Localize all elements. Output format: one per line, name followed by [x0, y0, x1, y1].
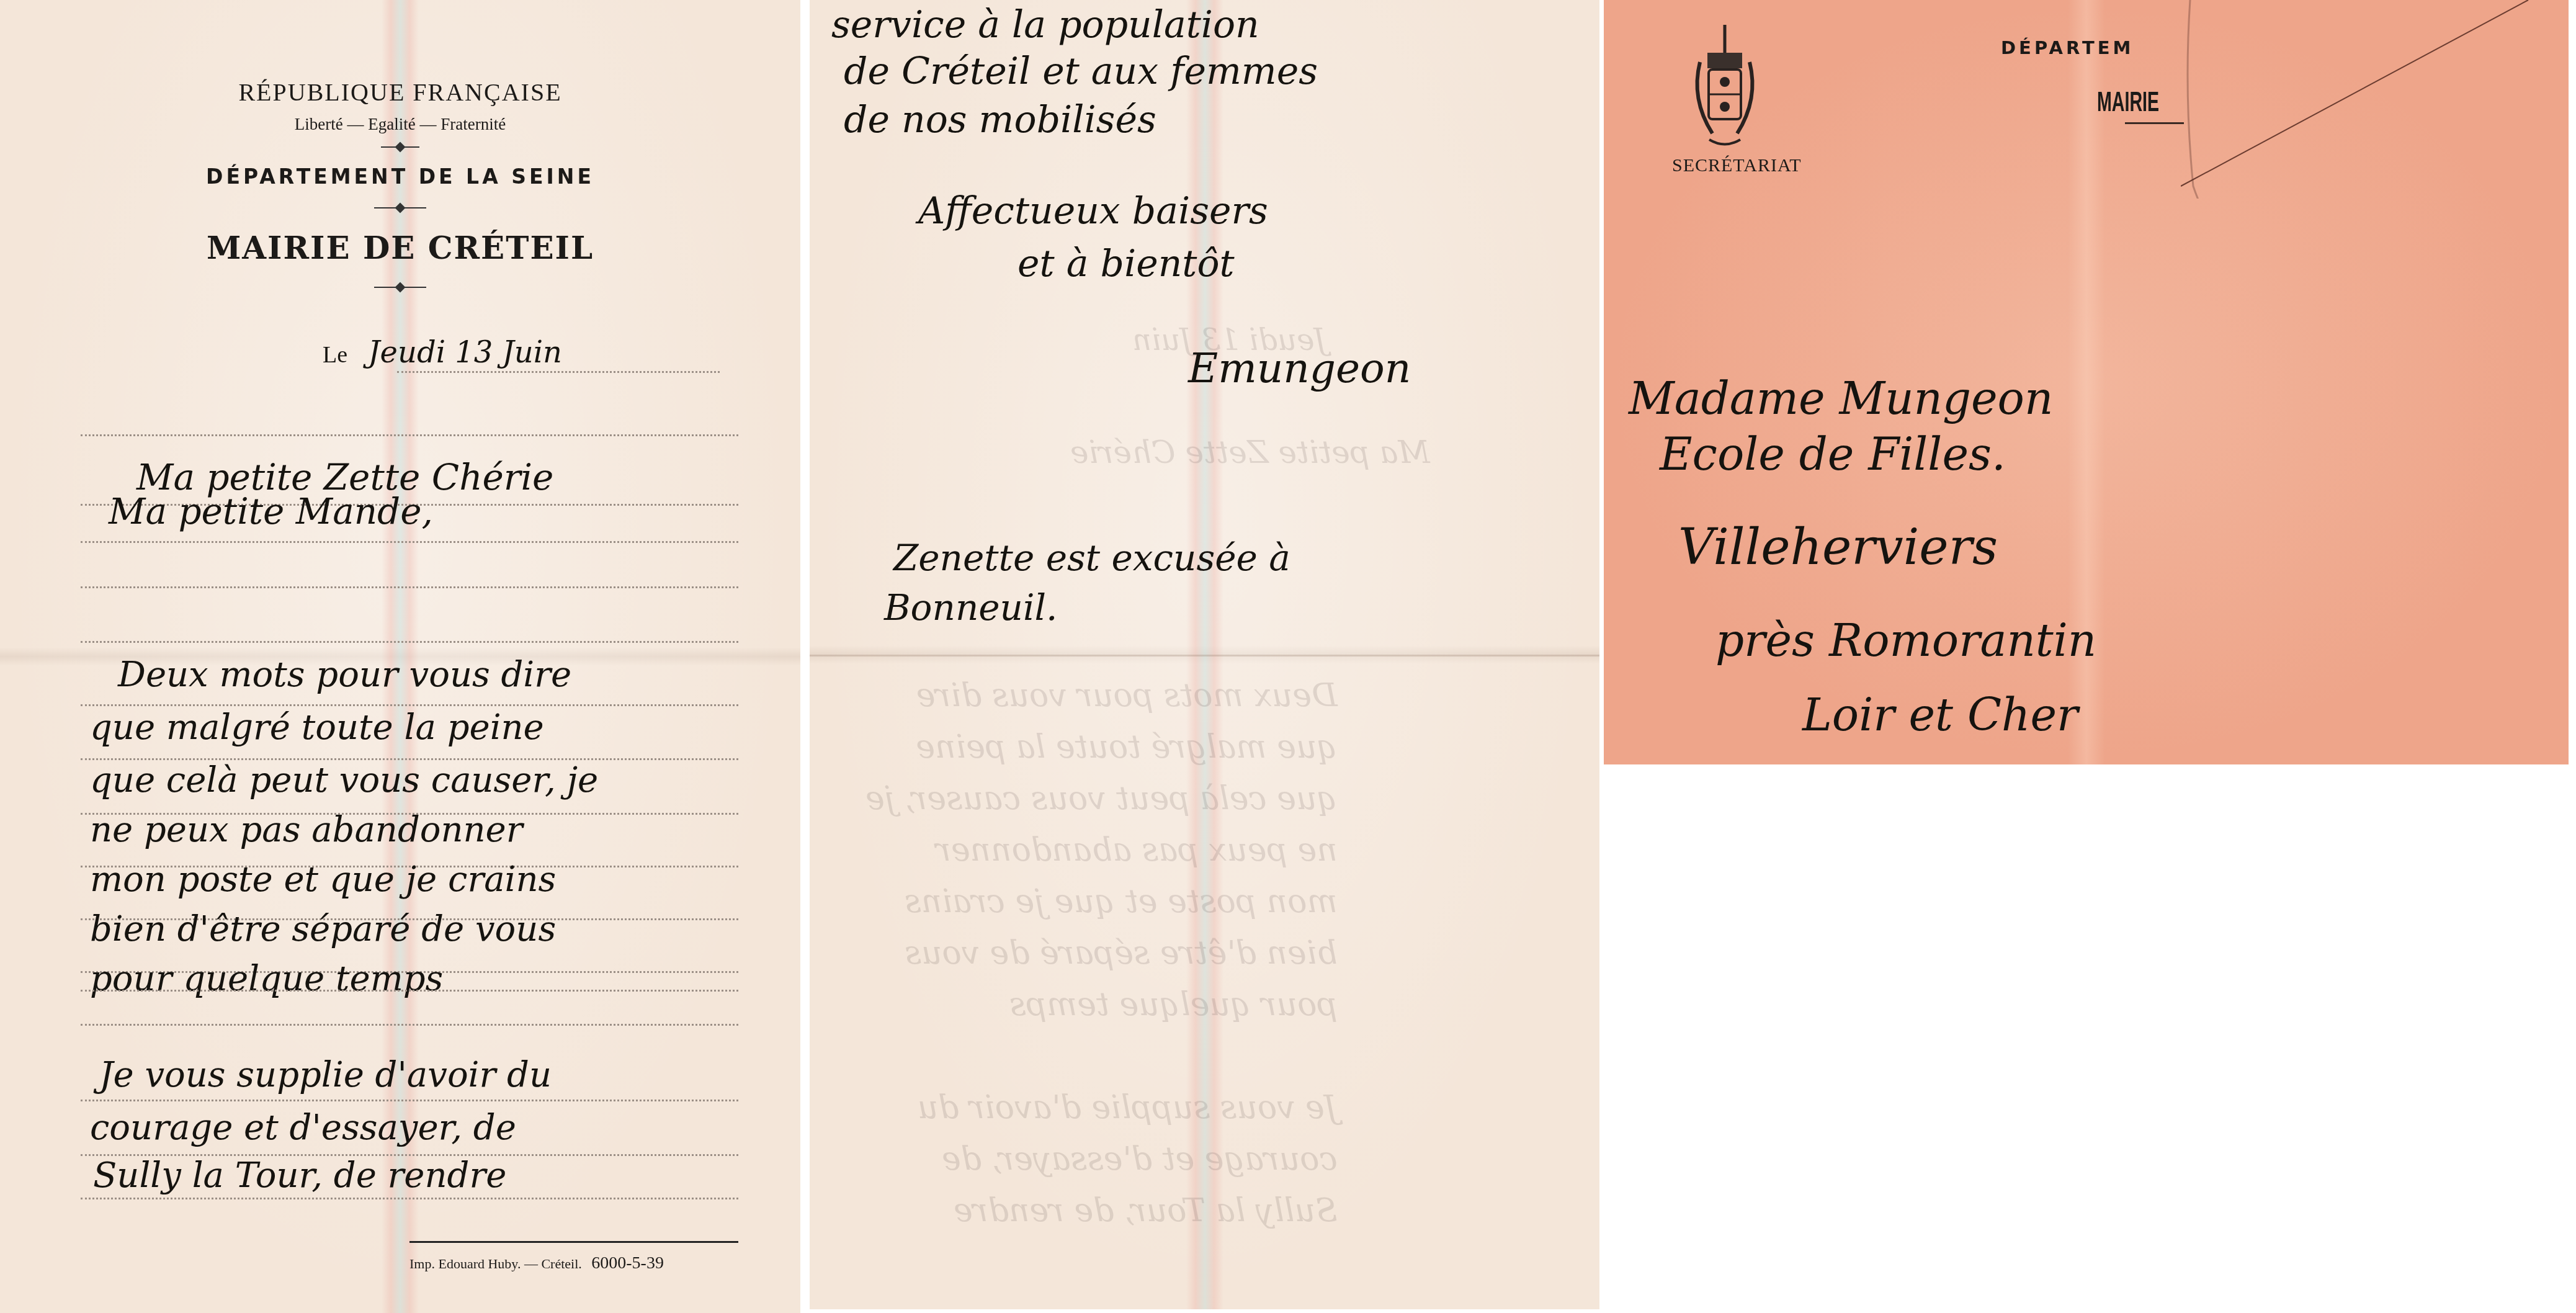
address-line: Loir et Cher [1802, 689, 2078, 741]
address-line: Madame Mungeon [1629, 372, 2053, 424]
letter-page-back: service à la population de Créteil et au… [810, 0, 1599, 1309]
body-line: Je vous supplie d'avoir du [99, 1055, 552, 1095]
closing-line-1: Affectueux baisers [918, 189, 1268, 233]
fold-line [810, 655, 1599, 656]
body-line: bien d'être séparé de vous [90, 909, 556, 949]
ruled-line [81, 641, 738, 643]
body-line: ne peux pas abandonner [90, 810, 523, 850]
address-line: près Romorantin [1715, 614, 2096, 666]
body-line: que celà peut vous causer, je [90, 760, 598, 800]
body-line: de nos mobilisés [844, 98, 1156, 141]
show-through-text: Deux mots pour vous dire que malgré tout… [865, 670, 1338, 1237]
date-line: Le Jeudi 13 Juin [323, 335, 562, 370]
coat-of-arms-icon [1688, 25, 1762, 161]
department-label: DÉPARTEM [2001, 37, 2134, 58]
body-line: Deux mots pour vous dire [118, 655, 571, 695]
imprint-text: Imp. Edouard Huby. — Créteil. [409, 1256, 582, 1271]
town-hall-heading: MAIRIE DE CRÉTEIL [0, 230, 800, 266]
body-line: de Créteil et aux femmes [844, 50, 1318, 93]
date-handwritten: Jeudi 13 Juin [368, 335, 562, 370]
secretariat-label: SECRÉTARIAT [1672, 155, 1802, 176]
address-line: Villeherviers [1678, 518, 1998, 576]
body-line: pour quelque temps [90, 959, 443, 999]
ruled-line [81, 541, 738, 543]
postscript-line-1: Zenette est excusée à [893, 537, 1290, 579]
republic-heading: RÉPUBLIQUE FRANÇAISE [0, 78, 800, 107]
ruled-line [81, 1198, 738, 1199]
ruled-line [81, 586, 738, 588]
letter-page-front: RÉPUBLIQUE FRANÇAISE Liberté — Egalité —… [0, 0, 800, 1313]
header-rule [2125, 122, 2184, 124]
ruled-line [81, 434, 738, 436]
printer-imprint: Imp. Edouard Huby. — Créteil. 6000-5-39 [409, 1253, 664, 1273]
envelope: SECRÉTARIAT DÉPARTEM MAIRIE Madame Munge… [1604, 0, 2569, 764]
motto: Liberté — Egalité — Fraternité [0, 115, 800, 134]
imprint-rule [409, 1241, 738, 1243]
imprint-code: 6000-5-39 [591, 1253, 664, 1273]
body-line: service à la population [831, 3, 1259, 47]
ruled-line [81, 1100, 738, 1101]
closing-line-2: et à bientôt [1017, 242, 1235, 285]
show-through-text: Ma petite Zette Chérie [1070, 434, 1430, 470]
ruled-line [81, 1024, 738, 1026]
body-line: que malgré toute la peine [90, 707, 544, 748]
show-through-text: Jeudi 13 Juin [1132, 323, 1326, 357]
postscript-line-2: Bonneuil. [884, 586, 1057, 629]
salutation-line-2: Ma petite Mande, [109, 490, 433, 532]
body-line: mon poste et que je crains [90, 859, 556, 900]
date-prefix: Le [323, 342, 347, 368]
body-line: Sully la Tour, de rendre [93, 1155, 506, 1196]
ruled-line [81, 990, 738, 992]
department-heading: DÉPARTEMENT DE LA SEINE [0, 164, 800, 189]
ornament-divider [374, 287, 426, 288]
ornament-divider [381, 146, 419, 148]
mairie-label: MAIRIE [2097, 87, 2159, 118]
envelope-flap-edge [2181, 0, 2569, 199]
address-line: Ecole de Filles. [1660, 428, 2006, 480]
ornament-divider [374, 207, 426, 208]
ruled-line [397, 371, 720, 373]
body-line: courage et d'essayer, de [90, 1108, 516, 1148]
ruled-line [81, 704, 738, 706]
